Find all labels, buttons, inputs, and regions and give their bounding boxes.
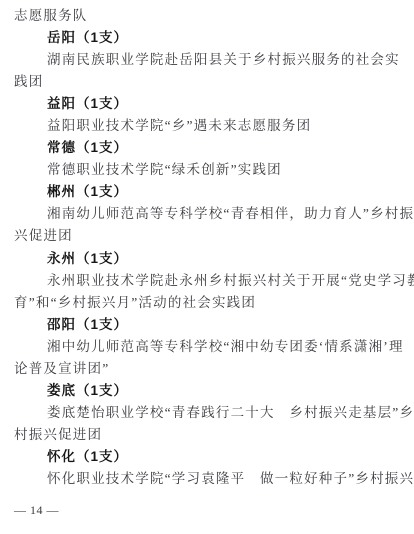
team-line-continuation: 育”和“乡村振兴月”活动的社会实践团 (14, 292, 410, 314)
city-header-huaihua: 怀化（1支） (47, 446, 410, 468)
team-line-continuation: 兴促进团 (14, 225, 410, 247)
team-line: 娄底楚怡职业学校“青春践行二十大 乡村振兴走基层”乡 (47, 402, 410, 424)
city-header-yiyang: 益阳（1支） (47, 93, 410, 115)
team-line: 湖南民族职业学院赴岳阳县关于乡村振兴服务的社会实 (47, 49, 410, 71)
team-line: 湘南幼儿师范高等专科学校“青春相伴，助力育人”乡村振 (47, 203, 410, 225)
team-line-continuation: 村振兴促进团 (14, 424, 410, 446)
team-line: 湘中幼儿师范高等专科学校“湘中幼专团委‘情系潇湘’理 (47, 336, 410, 358)
city-header-shaoyang: 邵阳（1支） (47, 314, 410, 336)
team-line: 永州职业技术学院赴永州乡村振兴村关于开展“党史学习教 (47, 270, 410, 292)
city-header-loudi: 娄底（1支） (47, 380, 410, 402)
city-header-chenzhou: 郴州（1支） (47, 181, 410, 203)
team-line-continuation: 论普及宣讲团” (14, 358, 410, 380)
city-header-yongzhou: 永州（1支） (47, 248, 410, 270)
team-line: 常德职业技术学院“绿禾创新”实践团 (47, 159, 410, 181)
document-body: 志愿服务队 岳阳（1支） 湖南民族职业学院赴岳阳县关于乡村振兴服务的社会实 践团… (14, 5, 410, 490)
team-line: 益阳职业技术学院“乡”遇未来志愿服务团 (47, 115, 410, 137)
team-line: 怀化职业技术学院“学习袁隆平 做一粒好种子”乡村振兴 (47, 468, 410, 490)
paragraph-continuation-line: 志愿服务队 (14, 5, 410, 27)
document-page: 志愿服务队 岳阳（1支） 湖南民族职业学院赴岳阳县关于乡村振兴服务的社会实 践团… (0, 0, 414, 534)
team-line-continuation: 践团 (14, 71, 410, 93)
city-header-yueyang: 岳阳（1支） (47, 27, 410, 49)
city-header-changde: 常德（1支） (47, 137, 410, 159)
page-number: — 14 — (14, 503, 59, 517)
